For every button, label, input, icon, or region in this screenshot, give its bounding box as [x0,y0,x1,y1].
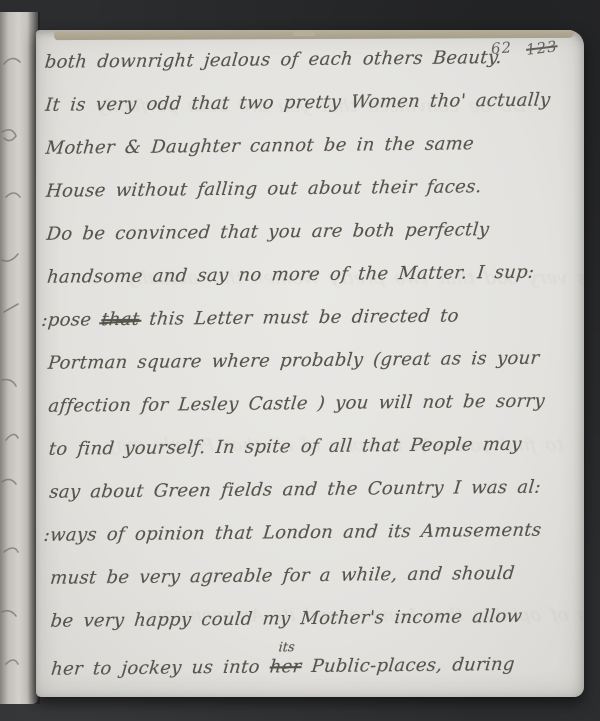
interlinear-insertion: its [278,641,295,654]
manuscript-line: handsome and say no more of the Matter. … [39,250,584,299]
manuscript-line: be very happy could my Mother's income a… [43,594,584,643]
manuscript-page: 62123 Do be convinced that you are both … [36,30,584,697]
manuscript-line: Mother & Daughter cannot be in the same [38,121,584,170]
struck-word: her [269,656,303,677]
manuscript-line: :pose that this Letter must be directed … [40,293,584,342]
manuscript-line: her to jockey us into itsher Public-plac… [43,642,584,691]
book-gutter-page-edge [0,12,38,704]
manuscript-line: to find yourself. In spite of all that P… [41,422,584,471]
manuscript-line: It is very odd that two pretty Women tho… [37,78,583,127]
manuscript-line: House without falling out about their fa… [38,164,584,213]
manuscript-line: Do be convinced that you are both perfec… [39,207,584,256]
handwritten-text: both downright jealous of each others Be… [39,35,584,691]
manuscript-line: say about Green fields and the Country I… [41,465,584,514]
manuscript-line: Portman square where probably (great as … [40,336,584,385]
manuscript-line: both downright jealous of each others Be… [37,35,583,84]
revision-group: itsher [269,656,303,677]
manuscript-line: must be very agreable for a while, and s… [42,551,584,600]
page-top-edge-tear [293,30,315,36]
manuscript-line: affection for Lesley Castle ) you will n… [40,379,584,428]
gutter-writing-fragments [0,12,38,704]
manuscript-line: :ways of opinion that London and its Amu… [42,508,584,557]
photograph-background: 62123 Do be convinced that you are both … [0,0,600,721]
struck-word: that [100,309,140,330]
